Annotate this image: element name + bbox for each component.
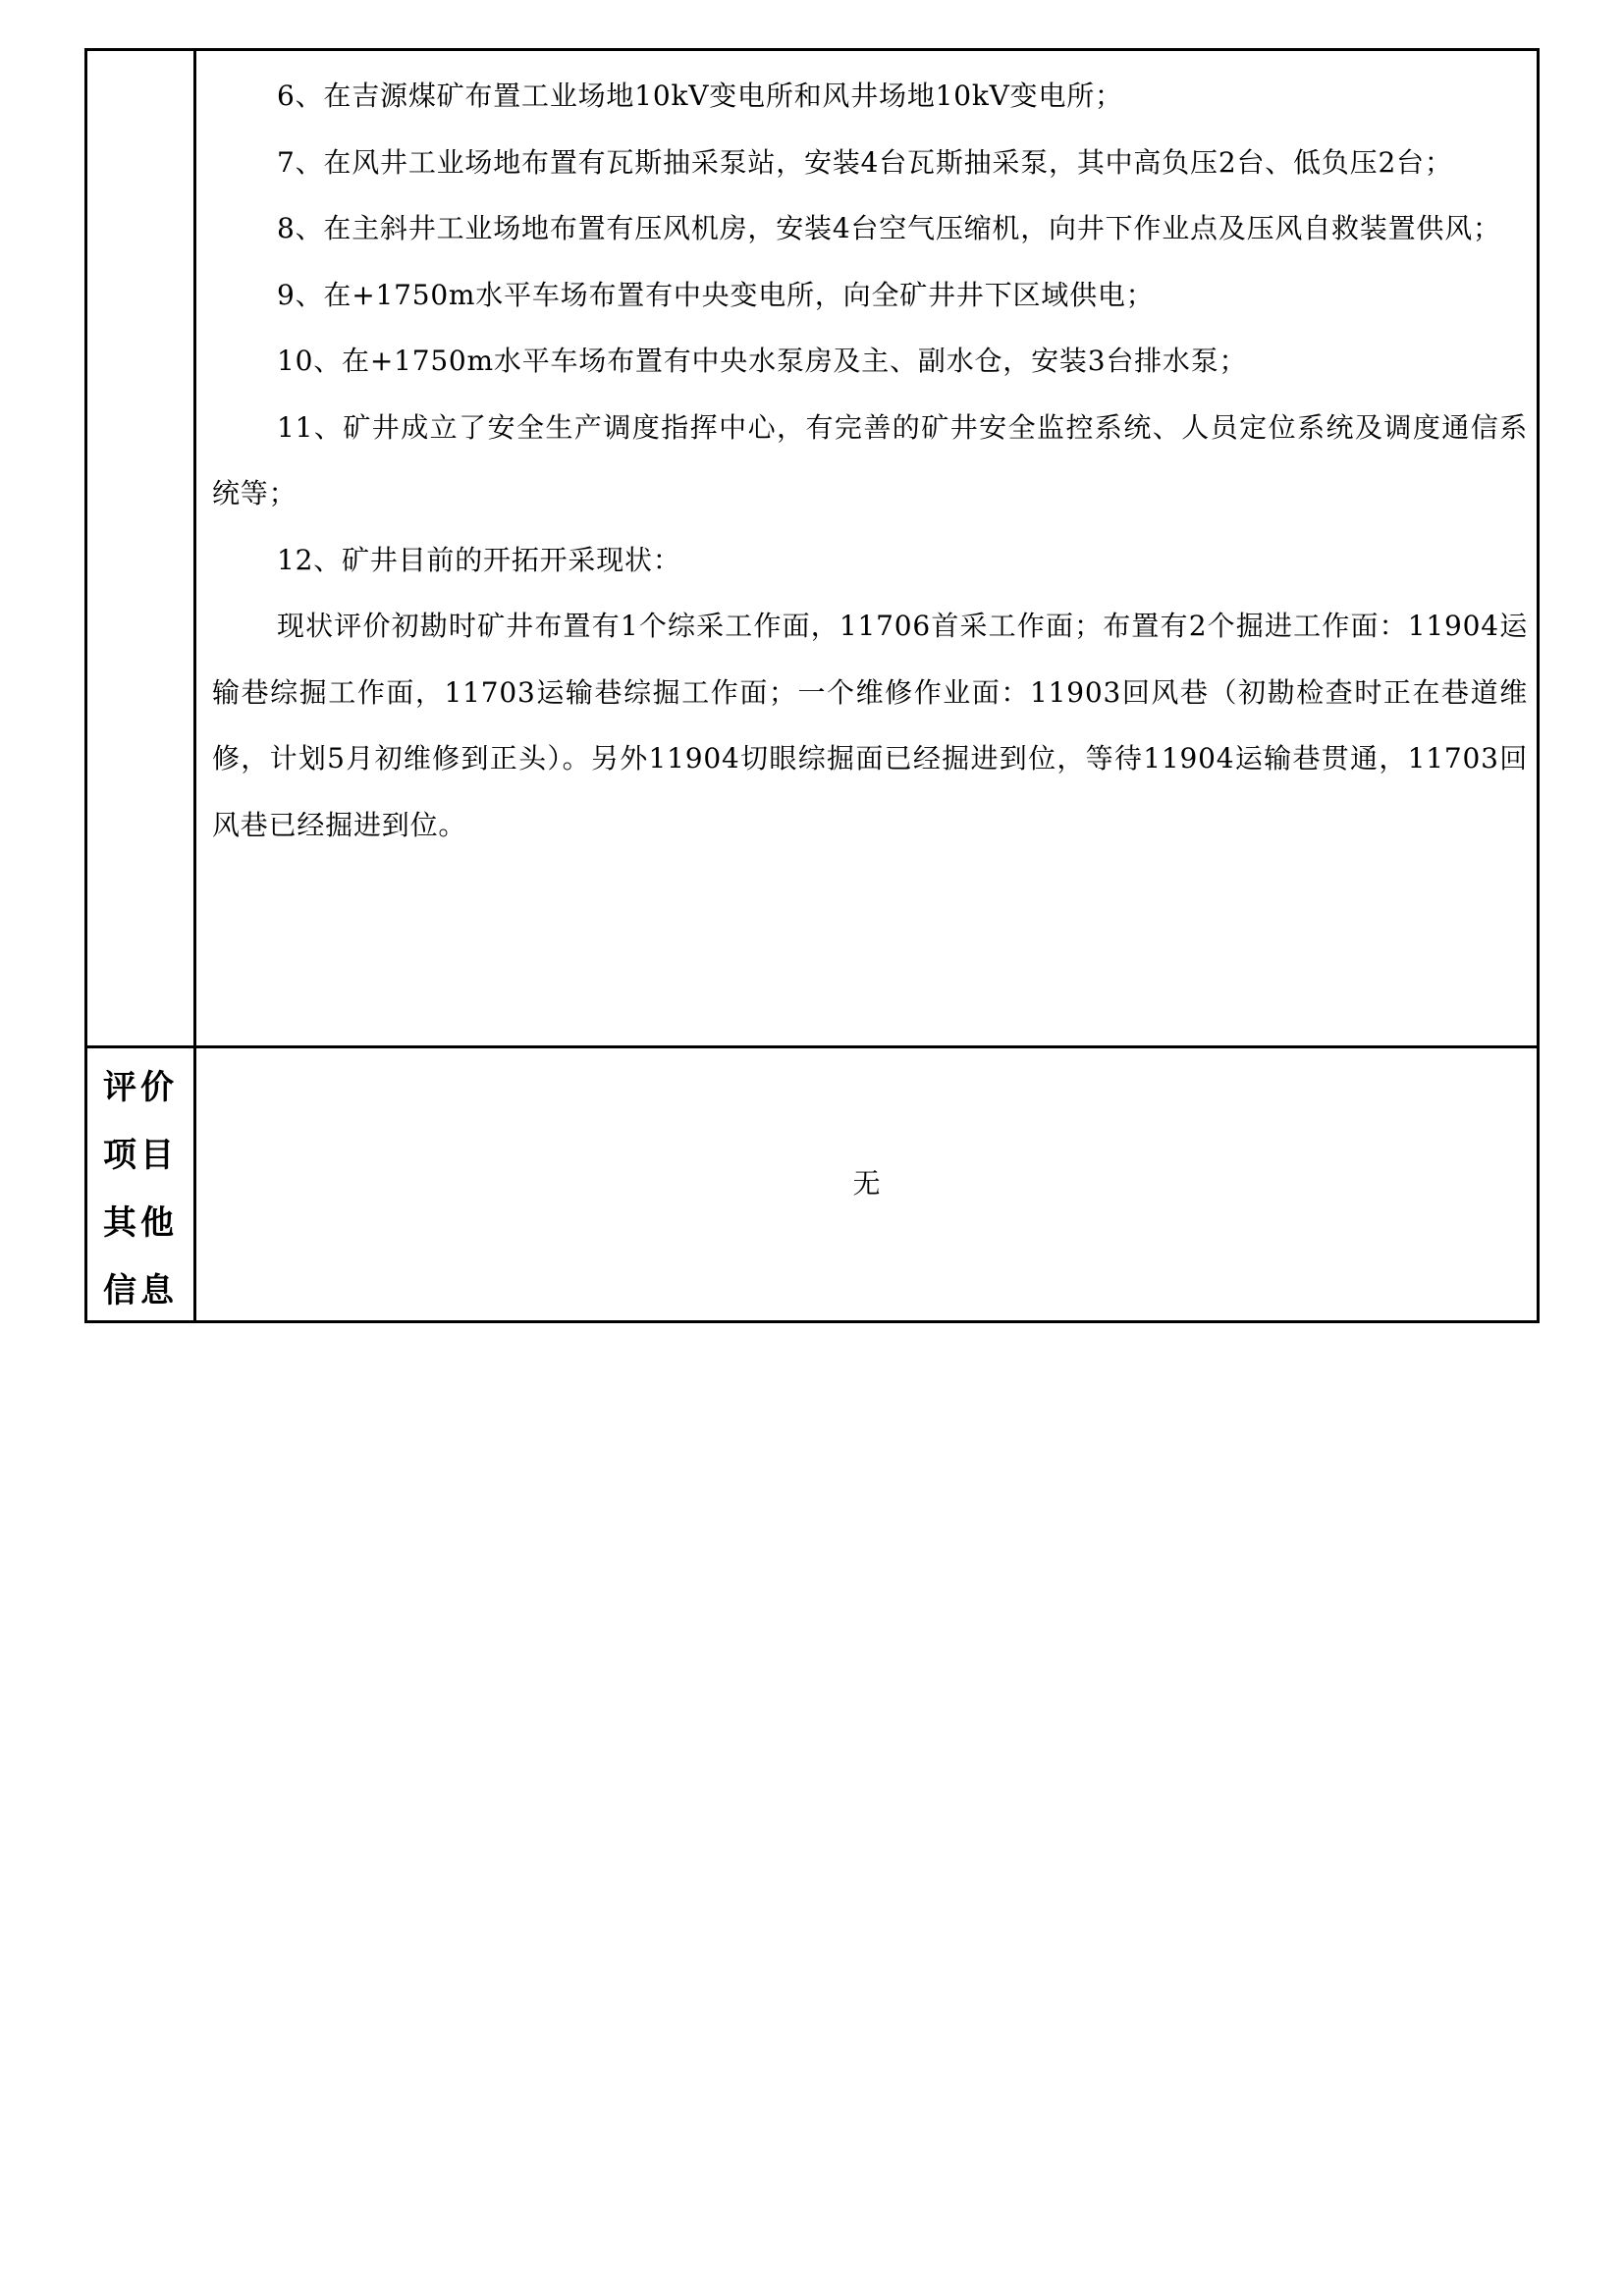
paragraph-item-9: 9、在+1750m水平车场布置有中央变电所，向全矿井井下区域供电； bbox=[212, 262, 1528, 329]
other-info-label-cell: 评价 项目 其他 信息 bbox=[87, 1048, 196, 1320]
paragraph-item-7: 7、在风井工业场地布置有瓦斯抽采泵站，安装4台瓦斯抽采泵，其中高负压2台、低负压… bbox=[212, 130, 1528, 196]
label-line: 评价 bbox=[87, 1054, 193, 1122]
label-line: 项目 bbox=[87, 1122, 193, 1190]
row-label-cell-empty bbox=[87, 51, 196, 1045]
other-info-value: 无 bbox=[196, 1164, 1537, 1203]
table-row-other-info: 评价 项目 其他 信息 无 bbox=[87, 1048, 1537, 1320]
label-line: 其他 bbox=[87, 1190, 193, 1257]
table-row-facilities: 6、在吉源煤矿布置工业场地10kV变电所和风井场地10kV变电所； 7、在风井工… bbox=[87, 51, 1537, 1048]
paragraph-item-11: 11、矿井成立了安全生产调度指挥中心，有完善的矿井安全监控系统、人员定位系统及调… bbox=[212, 395, 1528, 527]
other-info-label: 评价 项目 其他 信息 bbox=[87, 1054, 193, 1325]
facilities-content-cell: 6、在吉源煤矿布置工业场地10kV变电所和风井场地10kV变电所； 7、在风井工… bbox=[196, 51, 1537, 1045]
paragraph-item-8: 8、在主斜井工业场地布置有压风机房，安装4台空气压缩机，向井下作业点及压风自救装… bbox=[212, 195, 1528, 262]
other-info-value-cell: 无 bbox=[196, 1048, 1537, 1320]
paragraph-item-10: 10、在+1750m水平车场布置有中央水泵房及主、副水仓，安装3台排水泵； bbox=[212, 328, 1528, 395]
paragraph-item-6: 6、在吉源煤矿布置工业场地10kV变电所和风井场地10kV变电所； bbox=[212, 63, 1528, 130]
evaluation-info-table: 6、在吉源煤矿布置工业场地10kV变电所和风井场地10kV变电所； 7、在风井工… bbox=[84, 48, 1540, 1323]
label-line: 信息 bbox=[87, 1257, 193, 1325]
paragraph-mining-status: 现状评价初勘时矿井布置有1个综采工作面，11706首采工作面；布置有2个掘进工作… bbox=[212, 593, 1528, 858]
facilities-paragraphs: 6、在吉源煤矿布置工业场地10kV变电所和风井场地10kV变电所； 7、在风井工… bbox=[212, 63, 1528, 858]
paragraph-item-12: 12、矿井目前的开拓开采现状： bbox=[212, 527, 1528, 594]
